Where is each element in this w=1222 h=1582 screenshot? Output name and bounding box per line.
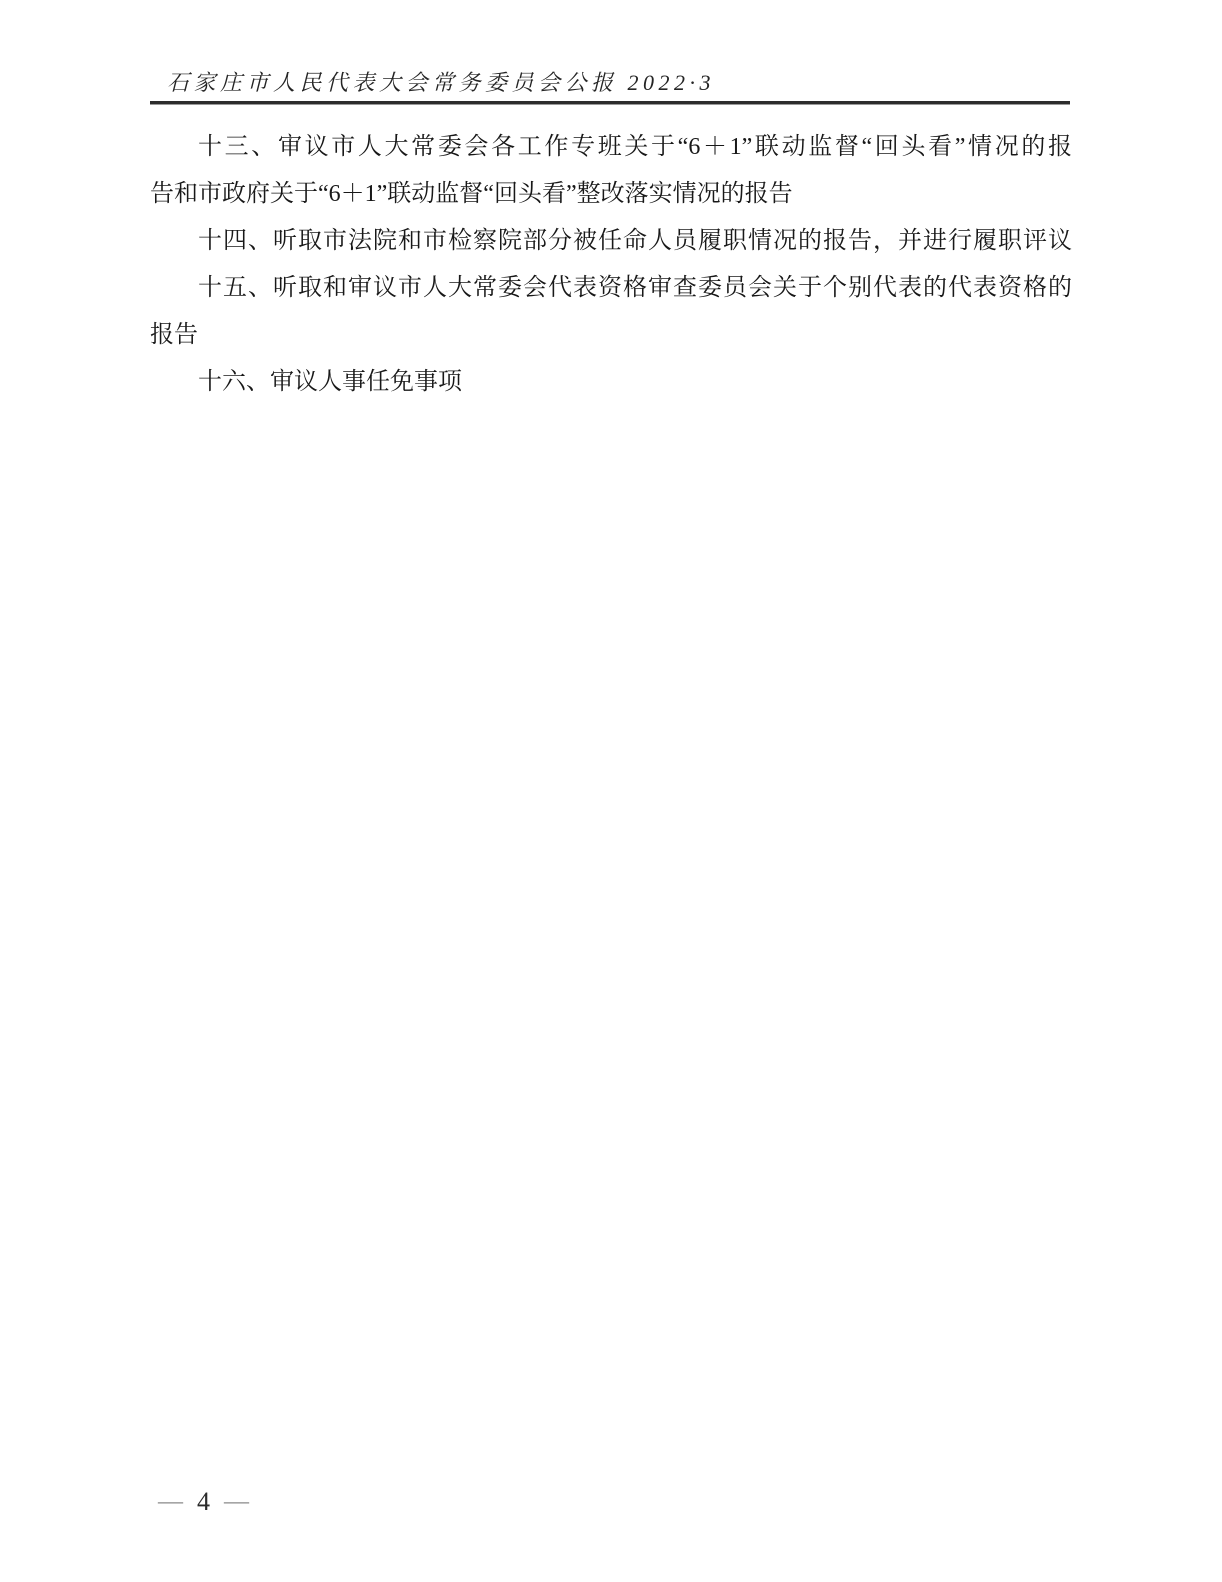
page-number-right-dash: — [224,1487,249,1517]
agenda-item-15-line-2: 报告 [150,312,1072,359]
document-page: 石家庄市人民代表大会常务委员会公报 2022·3 十三、审议市人大常委会各工作专… [0,0,1222,1582]
agenda-list: 十三、审议市人大常委会各工作专班关于“6＋1”联动监督“回头看”情况的报 告和市… [150,124,1072,406]
page-number: 4 [197,1487,210,1517]
agenda-item-16: 十六、审议人事任免事项 [150,359,1072,406]
agenda-item-15-line-1: 十五、听取和审议市人大常委会代表资格审查委员会关于个别代表的代表资格的 [150,265,1072,312]
agenda-item-14: 十四、听取市法院和市检察院部分被任命人员履职情况的报告，并进行履职评议 [150,218,1072,265]
page-number-left-dash: — [158,1487,183,1517]
page-footer: — 4 — [158,1487,249,1517]
agenda-item-13-line-2: 告和市政府关于“6＋1”联动监督“回头看”整改落实情况的报告 [150,171,1072,218]
header-rule [150,101,1070,105]
agenda-item-13-line-1: 十三、审议市人大常委会各工作专班关于“6＋1”联动监督“回头看”情况的报 [150,124,1072,171]
bulletin-header-title: 石家庄市人民代表大会常务委员会公报 2022·3 [167,66,715,97]
